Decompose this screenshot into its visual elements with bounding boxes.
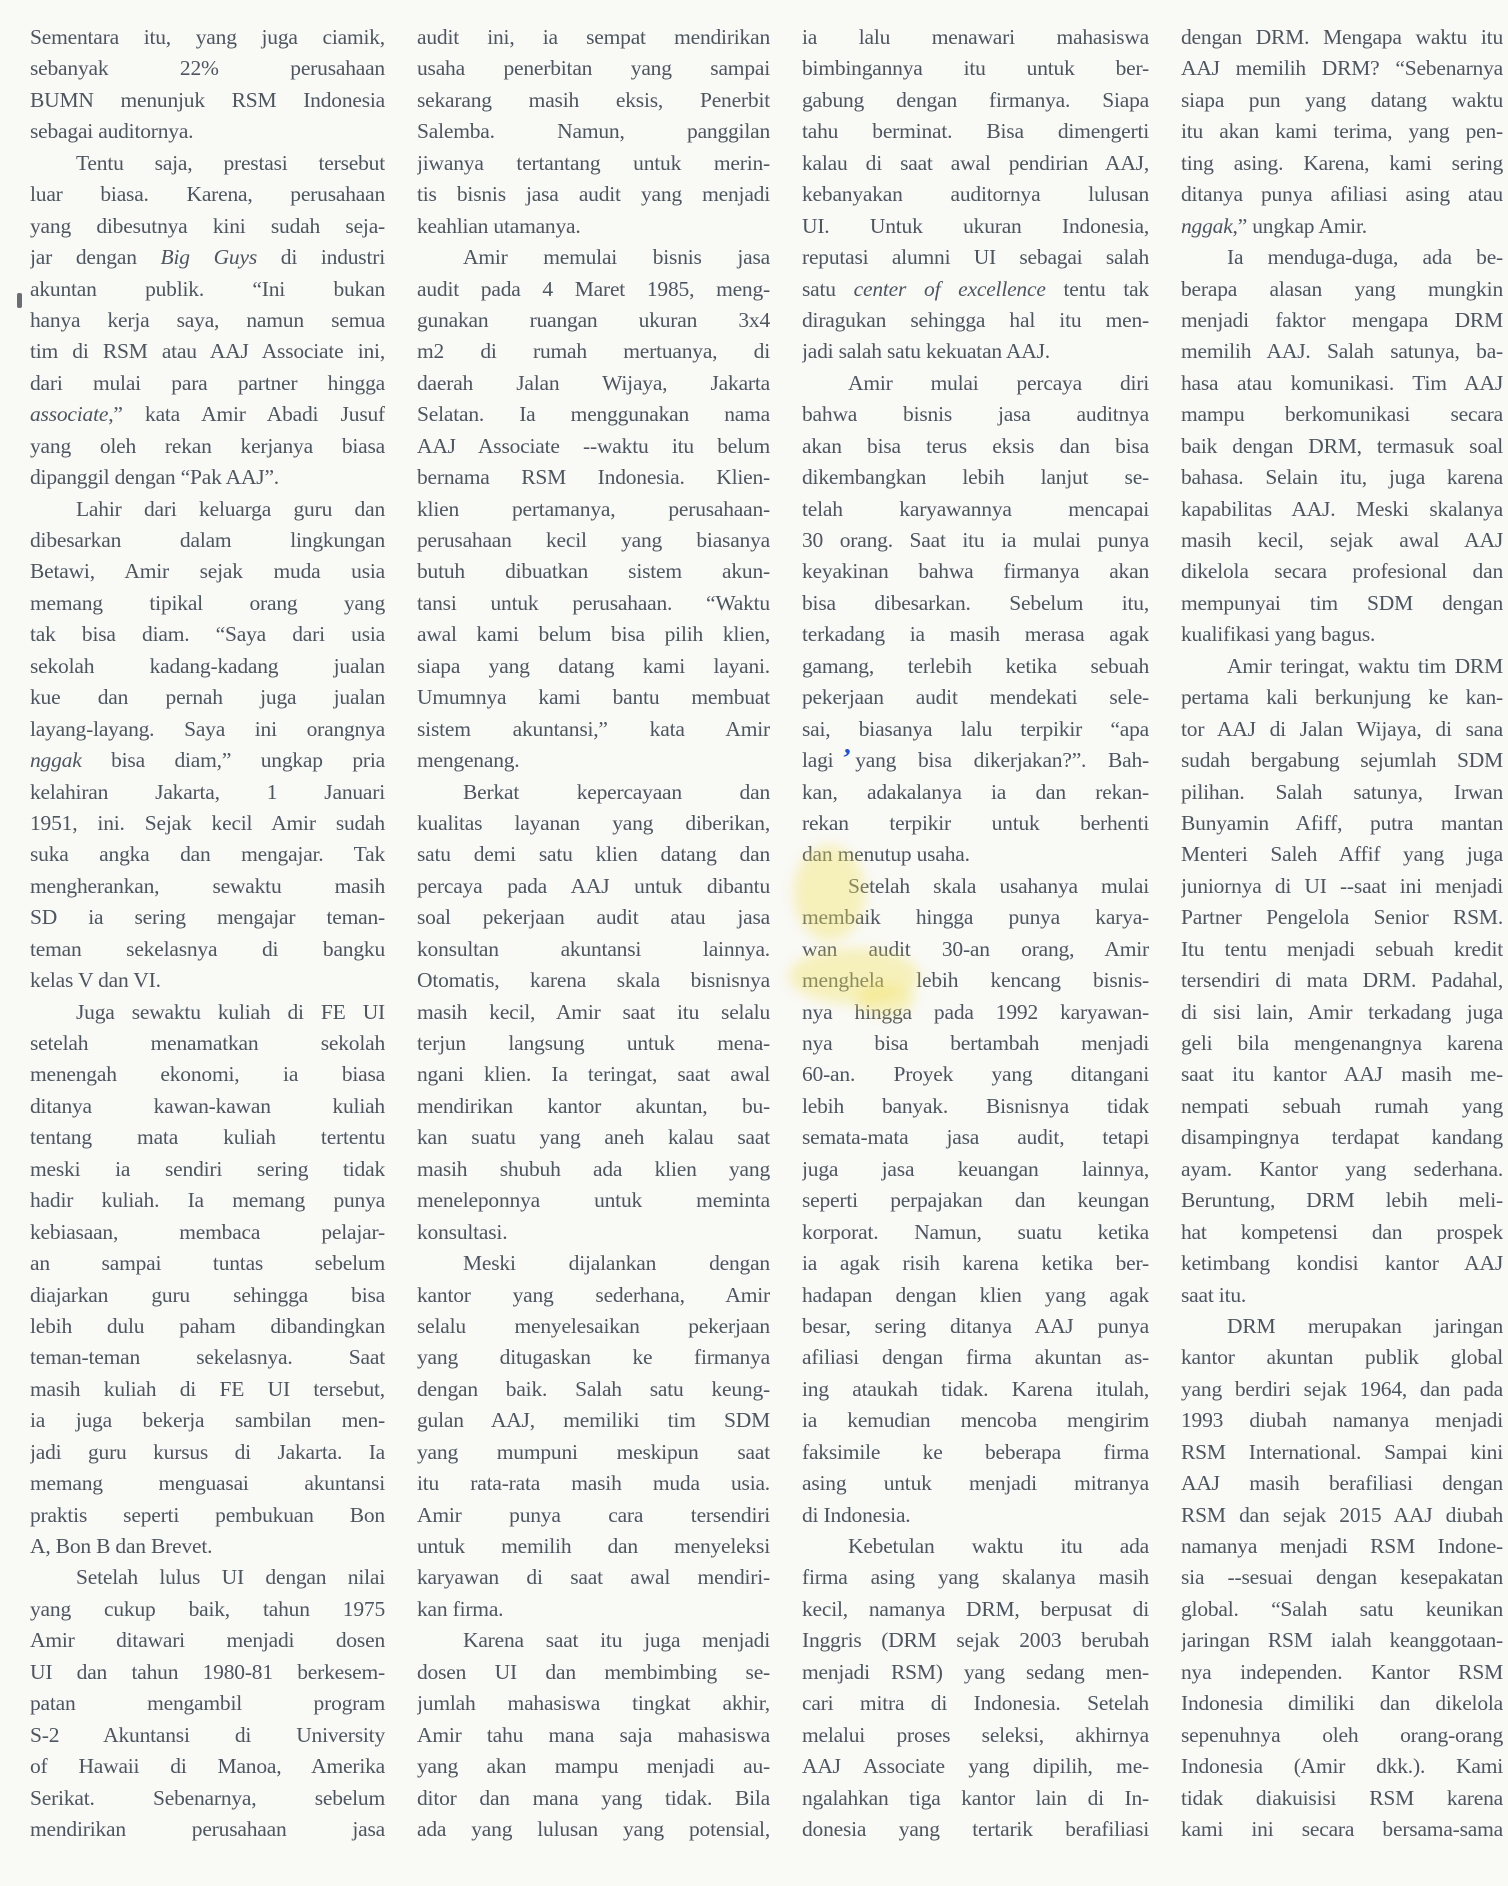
text-line: afiliasi dengan firma akuntan as- [802,1342,1149,1373]
text-line: Indonesia dimiliki dan dikelola [1181,1688,1503,1719]
text-line: nya hingga pada 1992 karyawan- [802,997,1149,1028]
text-line: asing untuk menjadi mitranya [802,1468,1149,1499]
text-line: Inggris (DRM sejak 2003 berubah [802,1625,1149,1656]
text-line: lagi yang bisa dikerjakan?”. Bah- [802,745,1149,776]
text-line: teman sekelasnya di bangku [30,934,385,965]
text-line: luar biasa. Karena, perusahaan [30,179,385,210]
text-line: dosen UI dan membimbing se- [417,1657,770,1688]
text-line: Bunyamin Afiff, putra mantan [1181,808,1503,839]
text-line: layang-layang. Saya ini orangnya [30,714,385,745]
text-line: global. “Salah satu keunikan [1181,1594,1503,1625]
text-line: gunakan ruangan ukuran 3x4 [417,305,770,336]
text-line: Salemba. Namun, panggilan [417,116,770,147]
text-line: awal kami belum bisa pilih klien, [417,619,770,650]
text-line: dikelola secara profesional dan [1181,556,1503,587]
text-line: of Hawaii di Manoa, Amerika [30,1751,385,1782]
text-line: kualitas layanan yang diberikan, [417,808,770,839]
text-line: yang oleh rekan kerjanya biasa [30,431,385,462]
text-line: ngalahkan tiga kantor lain di In- [802,1783,1149,1814]
text-line: SD ia sering mengajar teman- [30,902,385,933]
text-line: audit pada 4 Maret 1985, meng- [417,274,770,305]
text-line: tak bisa diam. “Saya dari usia [30,619,385,650]
text-line: besar, sering ditanya AAJ punya [802,1311,1149,1342]
text-line: disampingnya terdapat kandang [1181,1122,1503,1153]
text-line: ditor dan mana yang tidak. Bila [417,1783,770,1814]
text-line: bahasa. Selain itu, juga karena [1181,462,1503,493]
text-line: Serikat. Sebenarnya, sebelum [30,1783,385,1814]
scan-speck [17,293,22,308]
text-line: mempunyai tim SDM dengan [1181,588,1503,619]
text-column-1: Sementara itu, yang juga ciamik,sebanyak… [30,22,385,1845]
text-line: kantor yang sederhana, Amir [417,1280,770,1311]
text-line: namanya menjadi RSM Indone- [1181,1531,1503,1562]
text-line: konsultasi. [417,1217,770,1248]
article-scan-page: Sementara itu, yang juga ciamik,sebanyak… [0,0,1508,1886]
text-line: terkadang ia masih merasa agak [802,619,1149,650]
text-line: diajarkan guru sehingga bisa [30,1280,385,1311]
text-line: menghela lebih kencang bisnis- [802,965,1149,996]
text-line: Amir teringat, waktu tim DRM [1181,651,1503,682]
text-line: Amir memulai bisnis jasa [417,242,770,273]
text-line: pilihan. Salah satunya, Irwan [1181,777,1503,808]
text-line: juniornya di UI --saat ini menjadi [1181,871,1503,902]
text-line: sekolah kadang-kadang jualan [30,651,385,682]
text-line: Setelah skala usahanya mulai [802,871,1149,902]
text-line: Meski dijalankan dengan [417,1248,770,1279]
text-line: Otomatis, karena skala bisnisnya [417,965,770,996]
text-line: jadi guru kursus di Jakarta. Ia [30,1437,385,1468]
text-line: untuk memilih dan menyeleksi [417,1531,770,1562]
text-line: gulan AAJ, memiliki tim SDM [417,1405,770,1436]
text-line: teman-teman sekelasnya. Saat [30,1342,385,1373]
text-line: associate,” kata Amir Abadi Jusuf [30,399,385,430]
text-line: masih kecil, sejak awal AAJ [1181,525,1503,556]
text-line: pekerjaan audit mendekati sele- [802,682,1149,713]
text-line: A, Bon B dan Brevet. [30,1531,385,1562]
text-line: 1993 diubah namanya menjadi [1181,1405,1503,1436]
text-line: RSM International. Sampai kini [1181,1437,1503,1468]
text-line: bimbingannya itu untuk ber- [802,53,1149,84]
text-line: S-2 Akuntansi di University [30,1720,385,1751]
text-line: Umumnya kami bantu membuat [417,682,770,713]
text-line: Kebetulan waktu itu ada [802,1531,1149,1562]
text-line: DRM merupakan jaringan [1181,1311,1503,1342]
text-line: lebih dulu paham dibandingkan [30,1311,385,1342]
text-line: cari mitra di Indonesia. Setelah [802,1688,1149,1719]
text-line: tim di RSM atau AAJ Associate ini, [30,336,385,367]
text-line: kelas V dan VI. [30,965,385,996]
text-line: saat itu. [1181,1280,1503,1311]
text-line: Selatan. Ia menggunakan nama [417,399,770,430]
text-line: menjadi RSM) yang sedang men- [802,1657,1149,1688]
text-line: kue dan pernah juga jualan [30,682,385,713]
text-line: Amir ditawari menjadi dosen [30,1625,385,1656]
text-line: 30 orang. Saat itu ia mulai punya [802,525,1149,556]
text-line: Sementara itu, yang juga ciamik, [30,22,385,53]
text-line: itu rata-rata masih muda usia. [417,1468,770,1499]
text-line: tersendiri di mata DRM. Padahal, [1181,965,1503,996]
text-line: semata-mata jasa audit, tetapi [802,1122,1149,1153]
text-line: baik dengan DRM, termasuk soal [1181,431,1503,462]
text-line: memilih AAJ. Salah satunya, ba- [1181,336,1503,367]
text-line: bisa dibesarkan. Sebelum itu, [802,588,1149,619]
text-line: Beruntung, DRM lebih meli- [1181,1185,1503,1216]
text-line: ada yang lulusan yang potensial, [417,1814,770,1845]
text-line: sistem akuntansi,” kata Amir [417,714,770,745]
text-line: memang tipikal orang yang [30,588,385,619]
text-line: jaringan RSM ialah keanggotaan- [1181,1625,1503,1656]
text-line: kebiasaan, membaca pelajar- [30,1217,385,1248]
text-line: rekan terpikir untuk berhenti [802,808,1149,839]
text-line: sia --sesuai dengan kesepakatan [1181,1562,1503,1593]
text-line: dipanggil dengan “Pak AAJ”. [30,462,385,493]
text-line: UI dan tahun 1980-81 berkesem- [30,1657,385,1688]
text-line: sebagai auditornya. [30,116,385,147]
text-line: Tentu saja, prestasi tersebut [30,148,385,179]
text-line: Amir tahu mana saja mahasiswa [417,1720,770,1751]
text-line: juga jasa keuangan lainnya, [802,1154,1149,1185]
text-line: ia kemudian mencoba mengirim [802,1405,1149,1436]
text-line: meski ia sendiri sering tidak [30,1154,385,1185]
text-column-4: dengan DRM. Mengapa waktu ituAAJ memilih… [1181,22,1503,1845]
text-line: kecil, namanya DRM, berpusat di [802,1594,1149,1625]
text-line: mengenang. [417,745,770,776]
text-line: akuntan publik. “Ini bukan [30,274,385,305]
text-line: nggak bisa diam,” ungkap pria [30,745,385,776]
text-line: tahu berminat. Bisa dimengerti [802,116,1149,147]
text-line: diragukan sehingga hal itu men- [802,305,1149,336]
text-line: akan bisa terus eksis dan bisa [802,431,1149,462]
text-line: nggak,” ungkap Amir. [1181,211,1503,242]
text-line: keyakinan bahwa firmanya akan [802,556,1149,587]
text-line: jar dengan Big Guys di industri [30,242,385,273]
text-line: Berkat kepercayaan dan [417,777,770,808]
text-line: itu akan kami terima, yang pen- [1181,116,1503,147]
text-line: masih kecil, Amir saat itu selalu [417,997,770,1028]
text-line: nya bisa bertambah menjadi [802,1028,1149,1059]
text-line: tidak diakuisisi RSM karena [1181,1783,1503,1814]
text-line: yang dibesutnya kini sudah seja- [30,211,385,242]
text-line: melalui proses seleksi, akhirnya [802,1720,1149,1751]
text-column-3: ia lalu menawari mahasiswabimbingannya i… [802,22,1149,1845]
text-line: butuh dibuatkan sistem akun- [417,556,770,587]
text-line: berapa alasan yang mungkin [1181,274,1503,305]
text-line: audit ini, ia sempat mendirikan [417,22,770,53]
text-line: gabung dengan firmanya. Siapa [802,85,1149,116]
text-line: karyawan di saat awal mendiri- [417,1562,770,1593]
text-line: Juga sewaktu kuliah di FE UI [30,997,385,1028]
text-line: Ia menduga-duga, ada be- [1181,242,1503,273]
text-line: dibesarkan dalam lingkungan [30,525,385,556]
text-line: ing ataukah tidak. Karena itulah, [802,1374,1149,1405]
text-line: kualifikasi yang bagus. [1181,619,1503,650]
text-line: nya independen. Kantor RSM [1181,1657,1503,1688]
text-line: Partner Pengelola Senior RSM. [1181,902,1503,933]
text-line: kebanyakan auditornya lulusan [802,179,1149,210]
text-line: mengherankan, sewaktu masih [30,871,385,902]
text-line: setelah menamatkan sekolah [30,1028,385,1059]
text-line: soal pekerjaan audit atau jasa [417,902,770,933]
text-line: telah karyawannya mencapai [802,494,1149,525]
text-line: di sisi lain, Amir terkadang juga [1181,997,1503,1028]
text-line: praktis seperti pembukuan Bon [30,1500,385,1531]
text-line: nempati sebuah rumah yang [1181,1091,1503,1122]
text-line: perusahaan kecil yang biasanya [417,525,770,556]
text-line: yang akan mampu menjadi au- [417,1751,770,1782]
text-line: lebih banyak. Bisnisnya tidak [802,1091,1149,1122]
text-line: masih shubuh ada klien yang [417,1154,770,1185]
text-column-2: audit ini, ia sempat mendirikanusaha pen… [417,22,770,1845]
text-line: menengah ekonomi, ia biasa [30,1059,385,1090]
article-columns: Sementara itu, yang juga ciamik,sebanyak… [30,22,1503,1845]
text-line: dengan DRM. Mengapa waktu itu [1181,22,1503,53]
text-line: tis bisnis jasa audit yang menjadi [417,179,770,210]
text-line: jumlah mahasiswa tingkat akhir, [417,1688,770,1719]
text-line: bernama RSM Indonesia. Klien- [417,462,770,493]
text-line: saat itu kantor AAJ masih me- [1181,1059,1503,1090]
text-line: ayam. Kantor yang sederhana. [1181,1154,1503,1185]
text-line: AAJ Associate --waktu itu belum [417,431,770,462]
text-line: sudah bergabung sejumlah SDM [1181,745,1503,776]
text-line: ia agak risih karena ketika ber- [802,1248,1149,1279]
text-line: yang berdiri sejak 1964, dan pada [1181,1374,1503,1405]
text-line: an sampai tuntas sebelum [30,1248,385,1279]
text-line: gamang, terlebih ketika sebuah [802,651,1149,682]
text-line: ia juga bekerja sambilan men- [30,1405,385,1436]
text-line: pertama kali berkunjung ke kan- [1181,682,1503,713]
text-line: hanya kerja saya, namun semua [30,305,385,336]
text-line: daerah Jalan Wijaya, Jakarta [417,368,770,399]
text-line: 1951, ini. Sejak kecil Amir sudah [30,808,385,839]
text-line: BUMN menunjuk RSM Indonesia [30,85,385,116]
text-line: suka angka dan mengajar. Tak [30,839,385,870]
text-line: dan menutup usaha. [802,839,1149,870]
text-line: meneleponnya untuk meminta [417,1185,770,1216]
text-line: donesia yang tertarik berafiliasi [802,1814,1149,1845]
text-line: selalu menyelesaikan pekerjaan [417,1311,770,1342]
text-line: hasa atau komunikasi. Tim AAJ [1181,368,1503,399]
text-line: tansi untuk perusahaan. “Waktu [417,588,770,619]
text-line: jiwanya tertantang untuk merin- [417,148,770,179]
text-line: memang menguasai akuntansi [30,1468,385,1499]
text-line: klien pertamanya, perusahaan- [417,494,770,525]
text-line: percaya pada AAJ untuk dibantu [417,871,770,902]
text-line: dari mulai para partner hingga [30,368,385,399]
text-line: hadir kuliah. Ia memang punya [30,1185,385,1216]
text-line: sepenuhnya oleh orang-orang [1181,1720,1503,1751]
text-line: ting asing. Karena, kami sering [1181,148,1503,179]
text-line: membaik hingga punya karya- [802,902,1149,933]
text-line: geli bila mengenangnya karena [1181,1028,1503,1059]
text-line: AAJ memilih DRM? “Sebenarnya [1181,53,1503,84]
text-line: satu demi satu klien datang dan [417,839,770,870]
text-line: ia lalu menawari mahasiswa [802,22,1149,53]
text-line: kan, adakalanya ia dan rekan- [802,777,1149,808]
text-line: kelahiran Jakarta, 1 Januari [30,777,385,808]
text-line: mendirikan kantor akuntan, bu- [417,1091,770,1122]
text-line: kalau di saat awal pendirian AAJ, [802,148,1149,179]
text-line: terjun langsung untuk mena- [417,1028,770,1059]
text-line: faksimile ke beberapa firma [802,1437,1149,1468]
text-line: menjadi faktor mengapa DRM [1181,305,1503,336]
text-line: bahwa bisnis jasa auditnya [802,399,1149,430]
text-line: Betawi, Amir sejak muda usia [30,556,385,587]
text-line: kan suatu yang aneh kalau saat [417,1122,770,1153]
text-line: sai, biasanya lalu terpikir “apa [802,714,1149,745]
text-line: konsultan akuntansi lainnya. [417,934,770,965]
text-line: masih kuliah di FE UI tersebut, [30,1374,385,1405]
text-line: Lahir dari keluarga guru dan [30,494,385,525]
text-line: tor AAJ di Jalan Wijaya, di sana [1181,714,1503,745]
text-line: Itu tentu menjadi sebuah kredit [1181,934,1503,965]
text-line: siapa pun yang datang waktu [1181,85,1503,116]
text-line: keahlian utamanya. [417,211,770,242]
text-line: di Indonesia. [802,1500,1149,1531]
text-line: yang mumpuni meskipun saat [417,1437,770,1468]
text-line: mampu berkomunikasi secara [1181,399,1503,430]
text-line: dikembangkan lebih lanjut se- [802,462,1149,493]
text-line: AAJ Associate yang dipilih, me- [802,1751,1149,1782]
text-line: wan audit 30-an orang, Amir [802,934,1149,965]
text-line: tentang mata kuliah tertentu [30,1122,385,1153]
text-line: ditanya punya afiliasi asing atau [1181,179,1503,210]
text-line: patan mengambil program [30,1688,385,1719]
text-line: m2 di rumah mertuanya, di [417,336,770,367]
text-line: sekarang masih eksis, Penerbit [417,85,770,116]
text-line: Indonesia (Amir dkk.). Kami [1181,1751,1503,1782]
text-line: Karena saat itu juga menjadi [417,1625,770,1656]
text-line: kantor akuntan publik global [1181,1342,1503,1373]
text-line: satu center of excellence tentu tak [802,274,1149,305]
text-line: UI. Untuk ukuran Indonesia, [802,211,1149,242]
text-line: siapa yang datang kami layani. [417,651,770,682]
text-line: ketimbang kondisi kantor AAJ [1181,1248,1503,1279]
text-line: Setelah lulus UI dengan nilai [30,1562,385,1593]
text-line: Menteri Saleh Affif yang juga [1181,839,1503,870]
text-line: sebanyak 22% perusahaan [30,53,385,84]
text-line: AAJ masih berafiliasi dengan [1181,1468,1503,1499]
text-line: firma asing yang skalanya masih [802,1562,1149,1593]
text-line: kami ini secara bersama-sama [1181,1814,1503,1845]
text-line: ngani klien. Ia teringat, saat awal [417,1059,770,1090]
text-line: 60-an. Proyek yang ditangani [802,1059,1149,1090]
text-line: kan firma. [417,1594,770,1625]
text-line: seperti perpajakan dan keungan [802,1185,1149,1216]
text-line: Amir punya cara tersendiri [417,1500,770,1531]
text-line: RSM dan sejak 2015 AAJ diubah [1181,1500,1503,1531]
text-line: yang ditugaskan ke firmanya [417,1342,770,1373]
text-line: hat kompetensi dan prospek [1181,1217,1503,1248]
text-line: hadapan dengan klien yang agak [802,1280,1149,1311]
text-line: yang cukup baik, tahun 1975 [30,1594,385,1625]
text-line: ditanya kawan-kawan kuliah [30,1091,385,1122]
text-line: reputasi alumni UI sebagai salah [802,242,1149,273]
text-line: usaha penerbitan yang sampai [417,53,770,84]
text-line: kapabilitas AAJ. Meski skalanya [1181,494,1503,525]
text-line: dengan baik. Salah satu keung- [417,1374,770,1405]
text-line: Amir mulai percaya diri [802,368,1149,399]
text-line: mendirikan perusahaan jasa [30,1814,385,1845]
text-line: jadi salah satu kekuatan AAJ. [802,336,1149,367]
text-line: korporat. Namun, suatu ketika [802,1217,1149,1248]
